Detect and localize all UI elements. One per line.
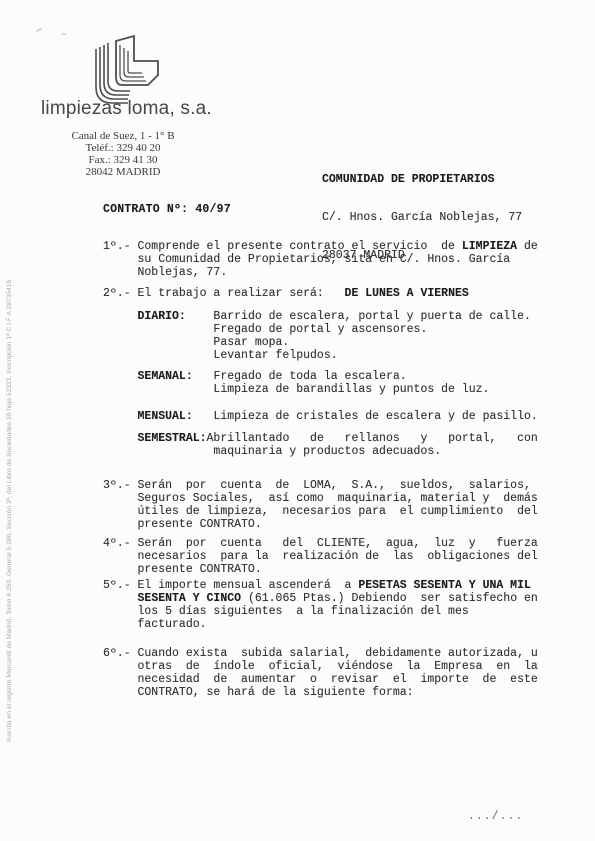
body-line: facturado.: [103, 618, 563, 631]
body-line: MENSUAL: Limpieza de cristales de escale…: [103, 410, 563, 423]
body-line: presente CONTRATO.: [103, 518, 563, 531]
sender-address-line: Canal de Suez, 1 - 1° B: [56, 130, 190, 142]
contract-clause: MENSUAL: Limpieza de cristales de escale…: [103, 410, 563, 423]
sender-address-line: 28042 MADRID: [56, 166, 190, 178]
body-line: Pasar mopa.: [103, 336, 563, 349]
body-line: SEMESTRAL:Abrillantado de rellanos y por…: [103, 432, 563, 445]
contract-clause: 2º.- El trabajo a realizar será: DE LUNE…: [103, 287, 563, 300]
body-line: Noblejas, 77.: [103, 266, 563, 279]
contract-clause: 1º.- Comprende el presente contrato el s…: [103, 240, 563, 279]
body-line: 4º.- Serán por cuenta del CLIENTE, agua,…: [103, 537, 563, 550]
pencil-marks: [36, 28, 42, 33]
contract-clause: SEMANAL: Fregado de toda la escalera. Li…: [103, 370, 563, 396]
company-name: limpiezas loma, s.a.: [41, 98, 212, 120]
sender-address-line: Fax.: 329 41 30: [56, 154, 190, 166]
body-line: 5º.- El importe mensual ascenderá a PESE…: [103, 579, 563, 592]
body-line: presente CONTRATO.: [103, 563, 563, 576]
body-line: 2º.- El trabajo a realizar será: DE LUNE…: [103, 287, 563, 300]
contract-clause: DIARIO: Barrido de escalera, portal y pu…: [103, 310, 563, 362]
body-line: DIARIO: Barrido de escalera, portal y pu…: [103, 310, 563, 323]
body-line: CONTRATO, se hará de la siguiente forma:: [103, 686, 563, 699]
contract-clause: 6º.- Cuando exista subida salarial, debi…: [103, 647, 563, 699]
registry-sidenote: Inscrita en el registro Mercantil de Mad…: [6, 280, 13, 742]
sender-address-line: Teléf.: 329 40 20: [56, 142, 190, 154]
body-line: otras de índole oficial, viéndose la Emp…: [103, 660, 563, 673]
continuation-mark: .../...: [468, 810, 523, 823]
body-line: maquinaria y productos adecuados.: [103, 445, 563, 458]
recipient-address-line: C/. Hnos. García Noblejas, 77: [322, 212, 522, 225]
body-line: su Comunidad de Propietarios, sita en C/…: [103, 253, 563, 266]
contract-number: CONTRATO Nº: 40/97: [103, 203, 231, 216]
body-line: útiles de limpieza, necesarios para el c…: [103, 505, 563, 518]
contract-clause: SEMESTRAL:Abrillantado de rellanos y por…: [103, 432, 563, 458]
body-line: Fregado de portal y ascensores.: [103, 323, 563, 336]
body-line: Levantar felpudos.: [103, 349, 563, 362]
body-line: 1º.- Comprende el presente contrato el s…: [103, 240, 563, 253]
body-line: necesarios para la realización de las ob…: [103, 550, 563, 563]
body-line: SEMANAL: Fregado de toda la escalera.: [103, 370, 563, 383]
body-line: 6º.- Cuando exista subida salarial, debi…: [103, 647, 563, 660]
body-line: Seguros Sociales, así como maquinaria, m…: [103, 492, 563, 505]
body-line: Limpieza de barandillas y puntos de luz.: [103, 383, 563, 396]
body-line: SESENTA Y CINCO (61.065 Ptas.) Debiendo …: [103, 592, 563, 605]
contract-clause: 3º.- Serán por cuenta de LOMA, S.A., sue…: [103, 479, 563, 531]
sender-address: Canal de Suez, 1 - 1° B Teléf.: 329 40 2…: [56, 130, 190, 178]
contract-body: 1º.- Comprende el presente contrato el s…: [103, 240, 563, 699]
pencil-marks: [62, 33, 66, 36]
contract-clause: 5º.- El importe mensual ascenderá a PESE…: [103, 579, 563, 631]
body-line: 3º.- Serán por cuenta de LOMA, S.A., sue…: [103, 479, 563, 492]
recipient-name: COMUNIDAD DE PROPIETARIOS: [322, 174, 522, 187]
body-line: los 5 días siguientes a la finalización …: [103, 605, 563, 618]
scanned-contract-page: limpiezas loma, s.a. Canal de Suez, 1 - …: [0, 0, 595, 841]
contract-clause: 4º.- Serán por cuenta del CLIENTE, agua,…: [103, 537, 563, 576]
body-line: necesidad de aumentar o revisar el impor…: [103, 673, 563, 686]
